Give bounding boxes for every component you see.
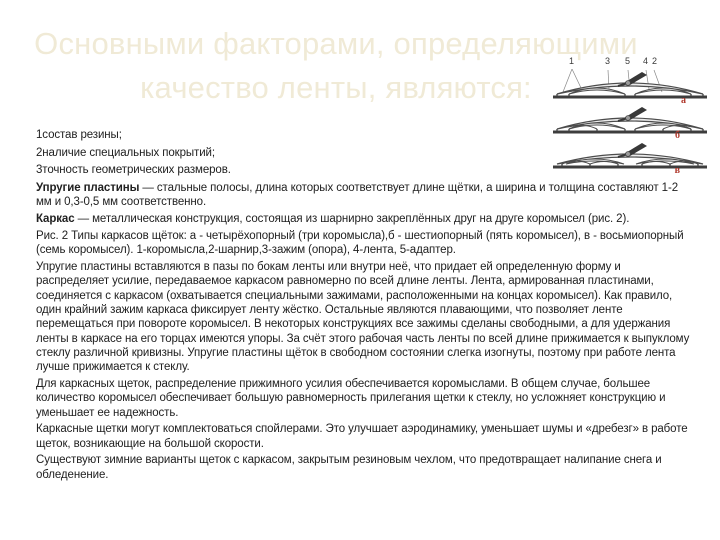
- paragraph-lead-bold: Упругие пластины: [36, 182, 139, 194]
- wiper-blade-row-a: а: [552, 69, 710, 102]
- paragraph-text: Для каркасных щеток, распределение прижи…: [36, 378, 665, 419]
- paragraph-text: Каркасные щетки могут комплектоваться сп…: [36, 423, 688, 449]
- presentation-slide: Основными факторами, определяющими качес…: [0, 0, 720, 540]
- callout-number-5: 5: [625, 56, 630, 66]
- numbered-list-item: 2наличие специальных покрытий;: [36, 146, 692, 160]
- body-paragraph-frame-brushes: Для каркасных щеток, распределение прижи…: [36, 377, 692, 420]
- body-paragraph-winter-variants: Существуют зимние варианты щеток с карка…: [36, 453, 692, 482]
- paragraph-lead-bold: Каркас: [36, 213, 75, 225]
- callout-number-3: 3: [605, 56, 610, 66]
- body-paragraph-frame: Каркас — металлическая конструкция, сост…: [36, 212, 692, 226]
- numbered-list-item: 1состав резины;: [36, 128, 692, 142]
- slide-body-text: 1состав резины; 2наличие специальных пок…: [36, 128, 692, 485]
- figure-callout-numbers: 1 3 5 4 2: [552, 56, 710, 69]
- paragraph-text: — металлическая конструкция, состоящая и…: [75, 213, 630, 225]
- paragraph-text: Упругие пластины вставляются в пазы по б…: [36, 261, 689, 373]
- paragraph-text: Существуют зимние варианты щеток с карка…: [36, 454, 662, 480]
- callout-number-1: 1: [569, 56, 574, 66]
- body-paragraph-figure-caption: Рис. 2 Типы каркасов щёток: а - четырёхо…: [36, 229, 692, 258]
- body-paragraph-elastic-plates: Упругие пластины — стальные полосы, длин…: [36, 181, 692, 210]
- body-paragraph-spoilers: Каркасные щетки могут комплектоваться сп…: [36, 422, 692, 451]
- callout-number-4: 4: [643, 56, 648, 66]
- callout-number-2: 2: [652, 56, 657, 66]
- numbered-list-item: 3точность геометрических размеров.: [36, 163, 692, 177]
- paragraph-text: Рис. 2 Типы каркасов щёток: а - четырёхо…: [36, 230, 684, 256]
- body-paragraph-plates-insertion: Упругие пластины вставляются в пазы по б…: [36, 260, 692, 374]
